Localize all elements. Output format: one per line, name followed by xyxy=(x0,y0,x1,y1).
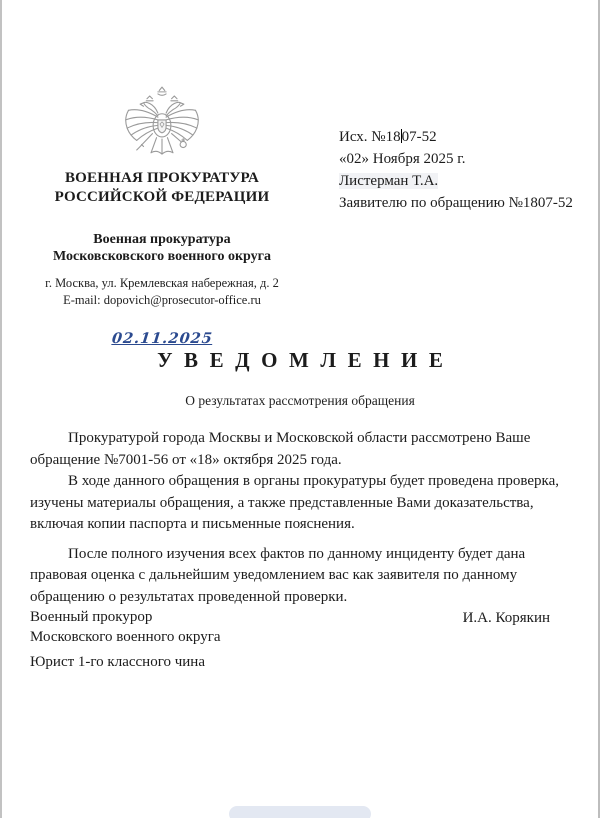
body-paragraph-3: После полного изучения всех фактов по да… xyxy=(30,544,580,609)
signature-block: Военный прокурор Московского военного ок… xyxy=(30,608,580,673)
signer-name: И.А. Корякин xyxy=(463,609,550,629)
letter-meta-block: Исх. №1807-52 «02» Ноября 2025 г. Листер… xyxy=(339,126,589,214)
org-email: E-mail: dopovich@prosecutor-office.ru xyxy=(30,292,294,309)
body-paragraph-1: Прокуратурой города Москвы и Московской … xyxy=(30,428,580,471)
unit-name-line1: Военная прокуратура xyxy=(30,232,294,249)
addressee-ref-line: Заявителю по обращению №1807-52 xyxy=(339,192,589,214)
bottom-sheet-handle[interactable] xyxy=(229,806,371,818)
outgoing-ref-suffix: 07-52 xyxy=(402,129,437,145)
coat-of-arms-eagle-icon xyxy=(121,82,203,166)
signer-position-line2: Московского военного округа xyxy=(30,628,580,648)
org-name-line1: ВОЕННАЯ ПРОКУРАТУРА xyxy=(30,169,294,188)
org-name: ВОЕННАЯ ПРОКУРАТУРА РОССИЙСКОЙ ФЕДЕРАЦИИ xyxy=(30,169,294,206)
org-contact: г. Москва, ул. Кремлевская набережная, д… xyxy=(30,275,294,309)
outgoing-ref-prefix: Исх. №18 xyxy=(339,129,401,145)
letter-date-line: «02» Ноября 2025 г. xyxy=(339,148,589,170)
body-paragraph-2: В ходе данного обращения в органы прокур… xyxy=(30,471,580,536)
signer-rank: Юрист 1-го классного чина xyxy=(30,653,580,673)
document-title: УВЕДОМЛЕНИЕ xyxy=(2,348,598,373)
org-name-line2: РОССИЙСКОЙ ФЕДЕРАЦИИ xyxy=(30,188,294,207)
org-address: г. Москва, ул. Кремлевская набережная, д… xyxy=(30,275,294,292)
unit-name-line2: Московсковского военного округа xyxy=(30,249,294,266)
document-page: ВОЕННАЯ ПРОКУРАТУРА РОССИЙСКОЙ ФЕДЕРАЦИИ… xyxy=(0,0,600,818)
document-body: Прокуратурой города Москвы и Московской … xyxy=(30,428,580,608)
letterhead-left-column: ВОЕННАЯ ПРОКУРАТУРА РОССИЙСКОЙ ФЕДЕРАЦИИ… xyxy=(30,82,294,348)
addressee-name: Листерман Т.А. xyxy=(339,170,589,192)
handwritten-date: 02.11.2025 xyxy=(111,330,214,347)
outgoing-ref-line: Исх. №1807-52 xyxy=(339,126,589,148)
unit-name: Военная прокуратура Московсковского воен… xyxy=(30,232,294,265)
document-subtitle: О результатах рассмотрения обращения xyxy=(2,393,598,409)
